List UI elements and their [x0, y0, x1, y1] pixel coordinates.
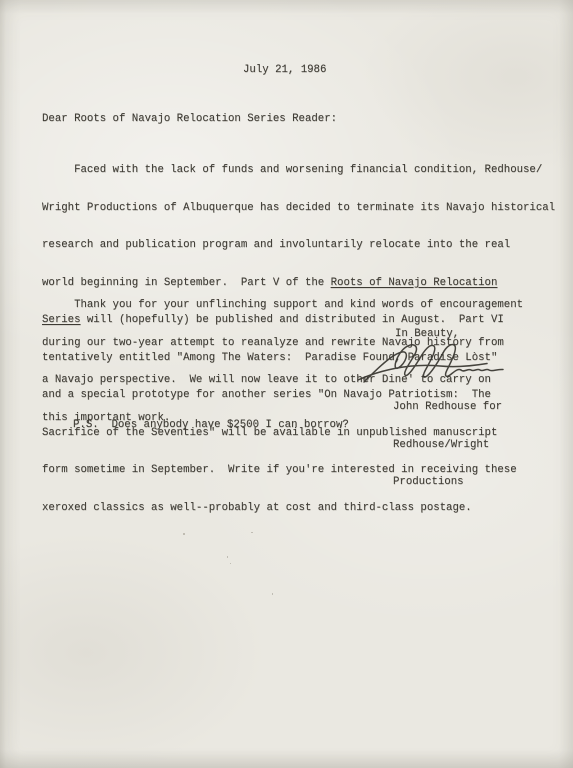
- salutation: Dear Roots of Navajo Relocation Series R…: [42, 113, 337, 126]
- signer-name: John Redhouse for: [393, 401, 502, 414]
- signature-block: John Redhouse for Redhouse/Wright Produc…: [393, 376, 502, 514]
- letter-date: July 21, 1986: [243, 64, 326, 77]
- paper-speck: [227, 556, 228, 558]
- signer-org: Redhouse/Wright: [393, 439, 502, 452]
- letter-line: Thank you for your unflinching support a…: [42, 299, 523, 312]
- letter-line: Wright Productions of Albuquerque has de…: [42, 202, 555, 215]
- paper-speck: [183, 533, 185, 535]
- letter-line: Faced with the lack of funds and worseni…: [42, 164, 555, 177]
- paper-speck: [251, 532, 253, 533]
- letter-line: research and publication program and inv…: [42, 239, 555, 252]
- paper-speck: [230, 563, 231, 564]
- closing-line: In Beauty,: [395, 328, 459, 341]
- signer-org: Productions: [393, 476, 502, 489]
- postscript-line: P.S. Does anybody have $2500 I can borro…: [73, 419, 349, 432]
- paper-speck: [272, 593, 273, 595]
- letter-page: July 21, 1986 Dear Roots of Navajo Reloc…: [0, 0, 573, 768]
